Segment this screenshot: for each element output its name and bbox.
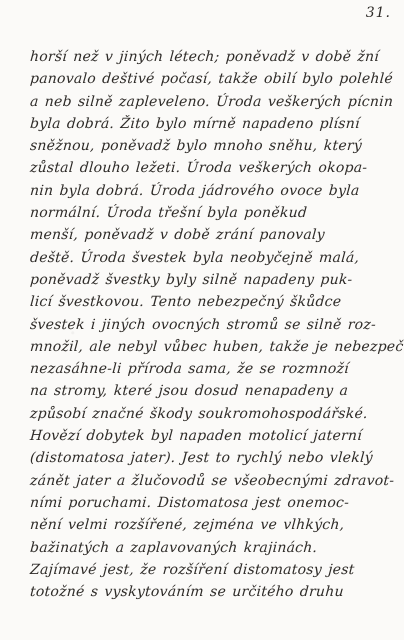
handwritten-line: byla dobrá. Žito bylo mírně napadeno plí…	[29, 113, 397, 135]
handwritten-line: panovalo deštivé počasí, takže obilí byl…	[29, 68, 397, 90]
handwritten-line: švestek i jiných ovocných stromů se siln…	[29, 314, 397, 336]
handwritten-line: nezasáhne-li příroda sama, že se rozmnož…	[29, 358, 397, 380]
handwritten-line: Hovězí dobytek byl napaden motolicí jate…	[29, 425, 397, 447]
handwritten-line: normální. Úroda třešní byla poněkud	[29, 202, 397, 224]
handwritten-line: nin byla dobrá. Úroda jádrového ovoce by…	[29, 180, 397, 202]
page-number: 31.	[366, 5, 391, 21]
handwritten-line: způsobí značné škody soukromohospodářské…	[29, 403, 397, 425]
handwritten-line: sněžnou, poněvadž bylo mnoho sněhu, kter…	[29, 135, 397, 157]
handwritten-line: nění velmi rozšířené, zejména ve vlhkých…	[29, 514, 397, 536]
handwritten-line: na stromy, které jsou dosud nenapadeny a	[29, 380, 397, 402]
handwritten-line: Zajímavé jest, že rozšíření distomatosy …	[29, 559, 397, 581]
handwritten-line: ními poruchami. Distomatosa jest onemoc-	[29, 492, 397, 514]
text-block: horší než v jiných létech; poněvadž v do…	[30, 46, 396, 603]
handwritten-line: poněvadž švestky byly silně napadeny puk…	[29, 269, 397, 291]
handwritten-line: bažinatých a zaplavovaných krajinách.	[29, 537, 397, 559]
handwritten-line: zánět jater a žlučovodů se všeobecnými z…	[29, 470, 397, 492]
handwritten-line: a neb silně zapleveleno. Úroda veškerých…	[29, 91, 397, 113]
handwritten-line: deště. Úroda švestek byla neobyčejně mal…	[29, 247, 397, 269]
handwritten-line: menší, poněvadž v době zrání panovaly	[29, 224, 397, 246]
handwritten-line: množil, ale nebyl vůbec huben, takže je …	[29, 336, 397, 358]
handwritten-line: licí švestkovou. Tento nebezpečný škůdce	[29, 291, 397, 313]
handwritten-line: totožné s vyskytováním se určitého druhu	[29, 581, 397, 603]
handwritten-line: zůstal dlouho ležeti. Úroda veškerých ok…	[29, 157, 397, 179]
manuscript-page: 31. horší než v jiných létech; poněvadž …	[0, 0, 404, 640]
handwritten-line: (distomatosa jater). Jest to rychlý nebo…	[29, 447, 397, 469]
handwritten-line: horší než v jiných létech; poněvadž v do…	[29, 46, 397, 68]
